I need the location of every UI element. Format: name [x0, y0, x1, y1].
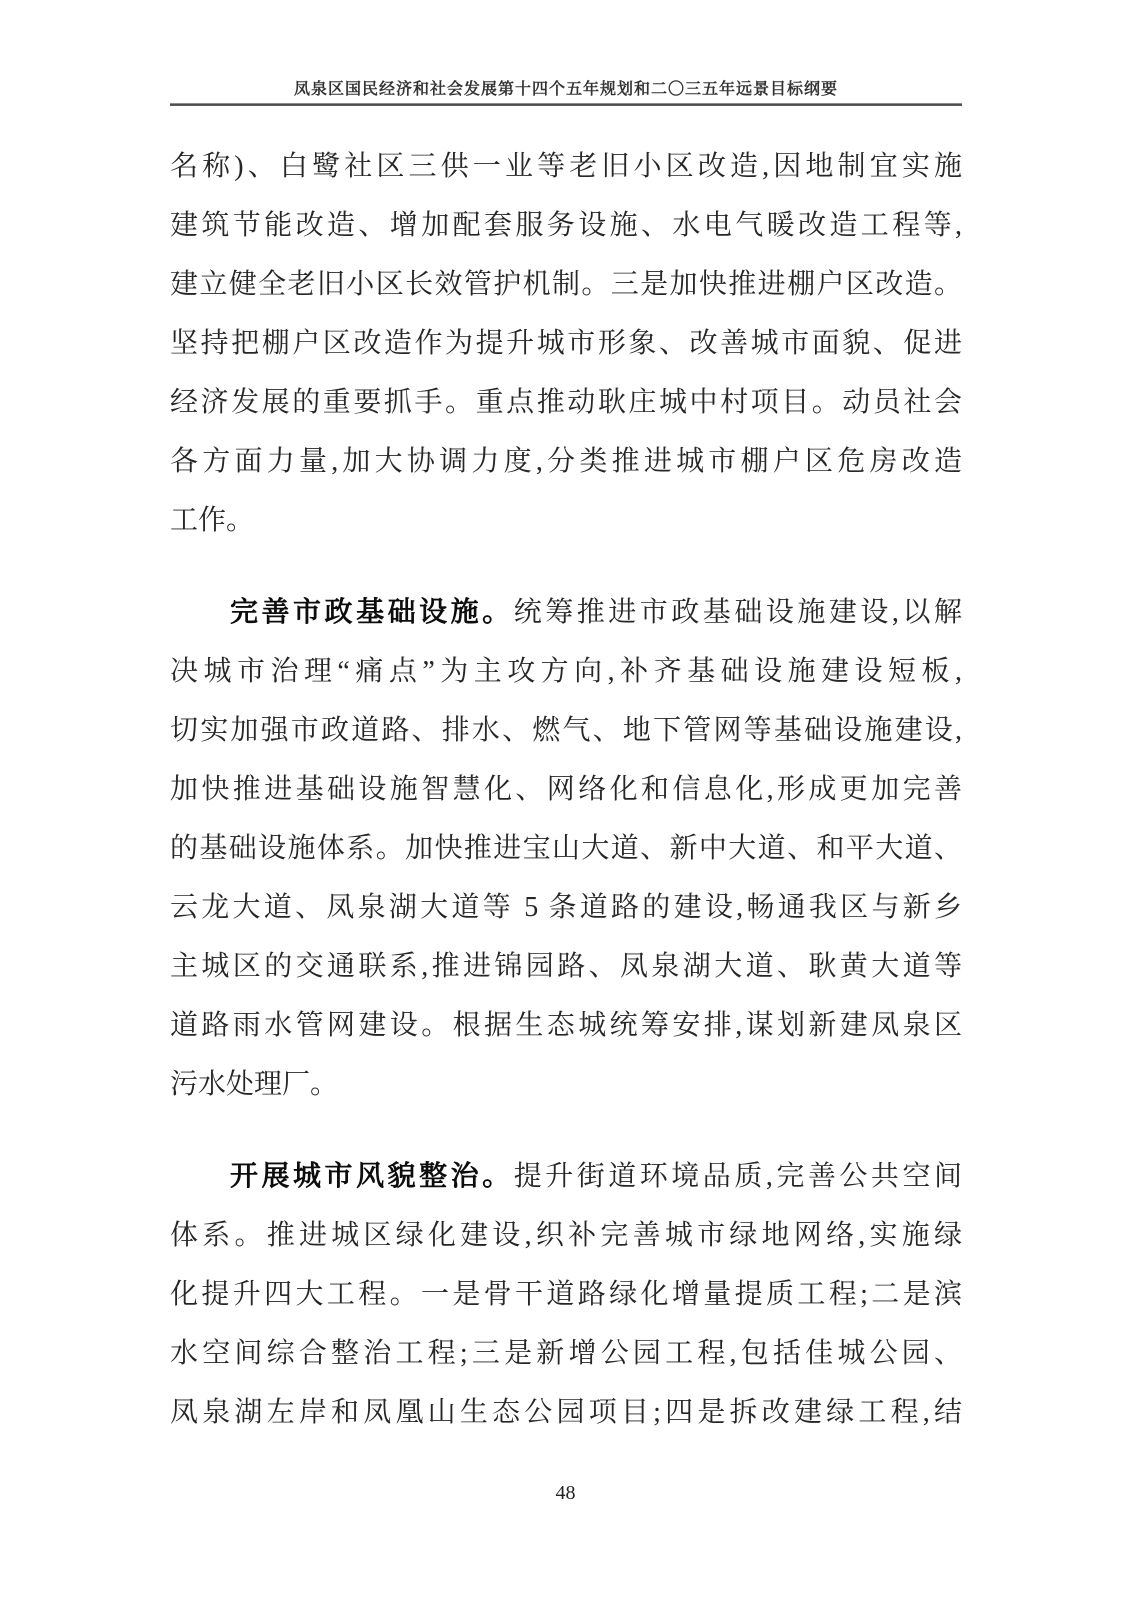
text-line: 名称)、白鹭社区三供一业等老旧小区改造,因地制宜实施 — [170, 137, 962, 196]
document-page: 凤泉区国民经济和社会发展第十四个五年规划和二〇三五年远景目标纲要 名称)、白鹭社… — [0, 0, 1131, 1600]
paragraph: 开展城市风貌整治。提升街道环境品质,完善公共空间体系。推进城区绿化建设,织补完善… — [170, 1147, 962, 1442]
text-segment: 主城区的交通联系,推进锦园路、凤泉湖大道、耿黄大道等 — [170, 951, 962, 982]
bold-lead: 完善市政基础设施。 — [230, 597, 514, 628]
text-segment: 建立健全老旧小区长效管护机制。三是加快推进棚户区改造。 — [170, 269, 962, 300]
text-line: 经济发展的重要抓手。重点推动耿庄城中村项目。动员社会 — [170, 373, 962, 432]
paragraph: 完善市政基础设施。统筹推进市政基础设施建设,以解决城市治理“痛点”为主攻方向,补… — [170, 583, 962, 1114]
text-line: 开展城市风貌整治。提升街道环境品质,完善公共空间 — [170, 1147, 962, 1206]
text-segment: 经济发展的重要抓手。重点推动耿庄城中村项目。动员社会 — [170, 387, 962, 418]
text-segment: 云龙大道、凤泉湖大道等 5 条道路的建设,畅通我区与新乡 — [170, 892, 962, 923]
text-line: 凤泉湖左岸和凤凰山生态公园项目;四是拆改建绿工程,结 — [170, 1383, 962, 1442]
text-segment: 各方面力量,加大协调力度,分类推进城市棚户区危房改造 — [170, 446, 962, 477]
text-line: 坚持把棚户区改造作为提升城市形象、改善城市面貌、促进 — [170, 314, 962, 373]
text-line: 决城市治理“痛点”为主攻方向,补齐基础设施建设短板, — [170, 642, 962, 701]
text-segment: 道路雨水管网建设。根据生态城统筹安排,谋划新建凤泉区 — [170, 1010, 962, 1041]
page-number: 48 — [556, 1482, 576, 1504]
text-segment: 切实加强市政道路、排水、燃气、地下管网等基础设施建设, — [170, 715, 962, 746]
text-segment: 化提升四大工程。一是骨干道路绿化增量提质工程;二是滨 — [170, 1279, 962, 1310]
text-line: 道路雨水管网建设。根据生态城统筹安排,谋划新建凤泉区 — [170, 996, 962, 1055]
text-segment: 体系。推进城区绿化建设,织补完善城市绿地网络,实施绿 — [170, 1220, 962, 1251]
text-line: 建立健全老旧小区长效管护机制。三是加快推进棚户区改造。 — [170, 255, 962, 314]
text-segment: 决城市治理“痛点”为主攻方向,补齐基础设施建设短板, — [170, 656, 962, 687]
header-rule — [170, 103, 962, 106]
document-body: 名称)、白鹭社区三供一业等老旧小区改造,因地制宜实施建筑节能改造、增加配套服务设… — [170, 137, 962, 1442]
text-line: 各方面力量,加大协调力度,分类推进城市棚户区危房改造 — [170, 432, 962, 491]
text-segment: 统筹推进市政基础设施建设,以解 — [514, 597, 962, 628]
text-line: 污水处理厂。 — [170, 1055, 962, 1114]
text-segment: 污水处理厂。 — [170, 1069, 338, 1100]
text-line: 云龙大道、凤泉湖大道等 5 条道路的建设,畅通我区与新乡 — [170, 878, 962, 937]
text-segment: 工作。 — [170, 505, 254, 536]
text-segment: 名称)、白鹭社区三供一业等老旧小区改造,因地制宜实施 — [170, 151, 962, 182]
text-segment: 的基础设施体系。加快推进宝山大道、新中大道、和平大道、 — [170, 833, 962, 864]
text-line: 切实加强市政道路、排水、燃气、地下管网等基础设施建设, — [170, 701, 962, 760]
text-segment: 凤泉湖左岸和凤凰山生态公园项目;四是拆改建绿工程,结 — [170, 1397, 962, 1428]
text-segment: 建筑节能改造、增加配套服务设施、水电气暖改造工程等, — [170, 210, 962, 241]
text-line: 工作。 — [170, 491, 962, 550]
text-line: 水空间综合整治工程;三是新增公园工程,包括佳城公园、 — [170, 1324, 962, 1383]
text-line: 建筑节能改造、增加配套服务设施、水电气暖改造工程等, — [170, 196, 962, 255]
text-segment: 加快推进基础设施智慧化、网络化和信息化,形成更加完善 — [170, 774, 962, 805]
text-line: 加快推进基础设施智慧化、网络化和信息化,形成更加完善 — [170, 760, 962, 819]
text-line: 的基础设施体系。加快推进宝山大道、新中大道、和平大道、 — [170, 819, 962, 878]
text-line: 化提升四大工程。一是骨干道路绿化增量提质工程;二是滨 — [170, 1265, 962, 1324]
text-line: 主城区的交通联系,推进锦园路、凤泉湖大道、耿黄大道等 — [170, 937, 962, 996]
paragraph: 名称)、白鹭社区三供一业等老旧小区改造,因地制宜实施建筑节能改造、增加配套服务设… — [170, 137, 962, 550]
text-line: 完善市政基础设施。统筹推进市政基础设施建设,以解 — [170, 583, 962, 642]
header-title: 凤泉区国民经济和社会发展第十四个五年规划和二〇三五年远景目标纲要 — [170, 80, 962, 100]
bold-lead: 开展城市风貌整治。 — [230, 1161, 514, 1192]
text-segment: 坚持把棚户区改造作为提升城市形象、改善城市面貌、促进 — [170, 328, 962, 359]
text-line: 体系。推进城区绿化建设,织补完善城市绿地网络,实施绿 — [170, 1206, 962, 1265]
text-segment: 提升街道环境品质,完善公共空间 — [514, 1161, 962, 1192]
page-footer: 48 — [0, 1480, 1131, 1506]
text-segment: 水空间综合整治工程;三是新增公园工程,包括佳城公园、 — [170, 1338, 962, 1369]
